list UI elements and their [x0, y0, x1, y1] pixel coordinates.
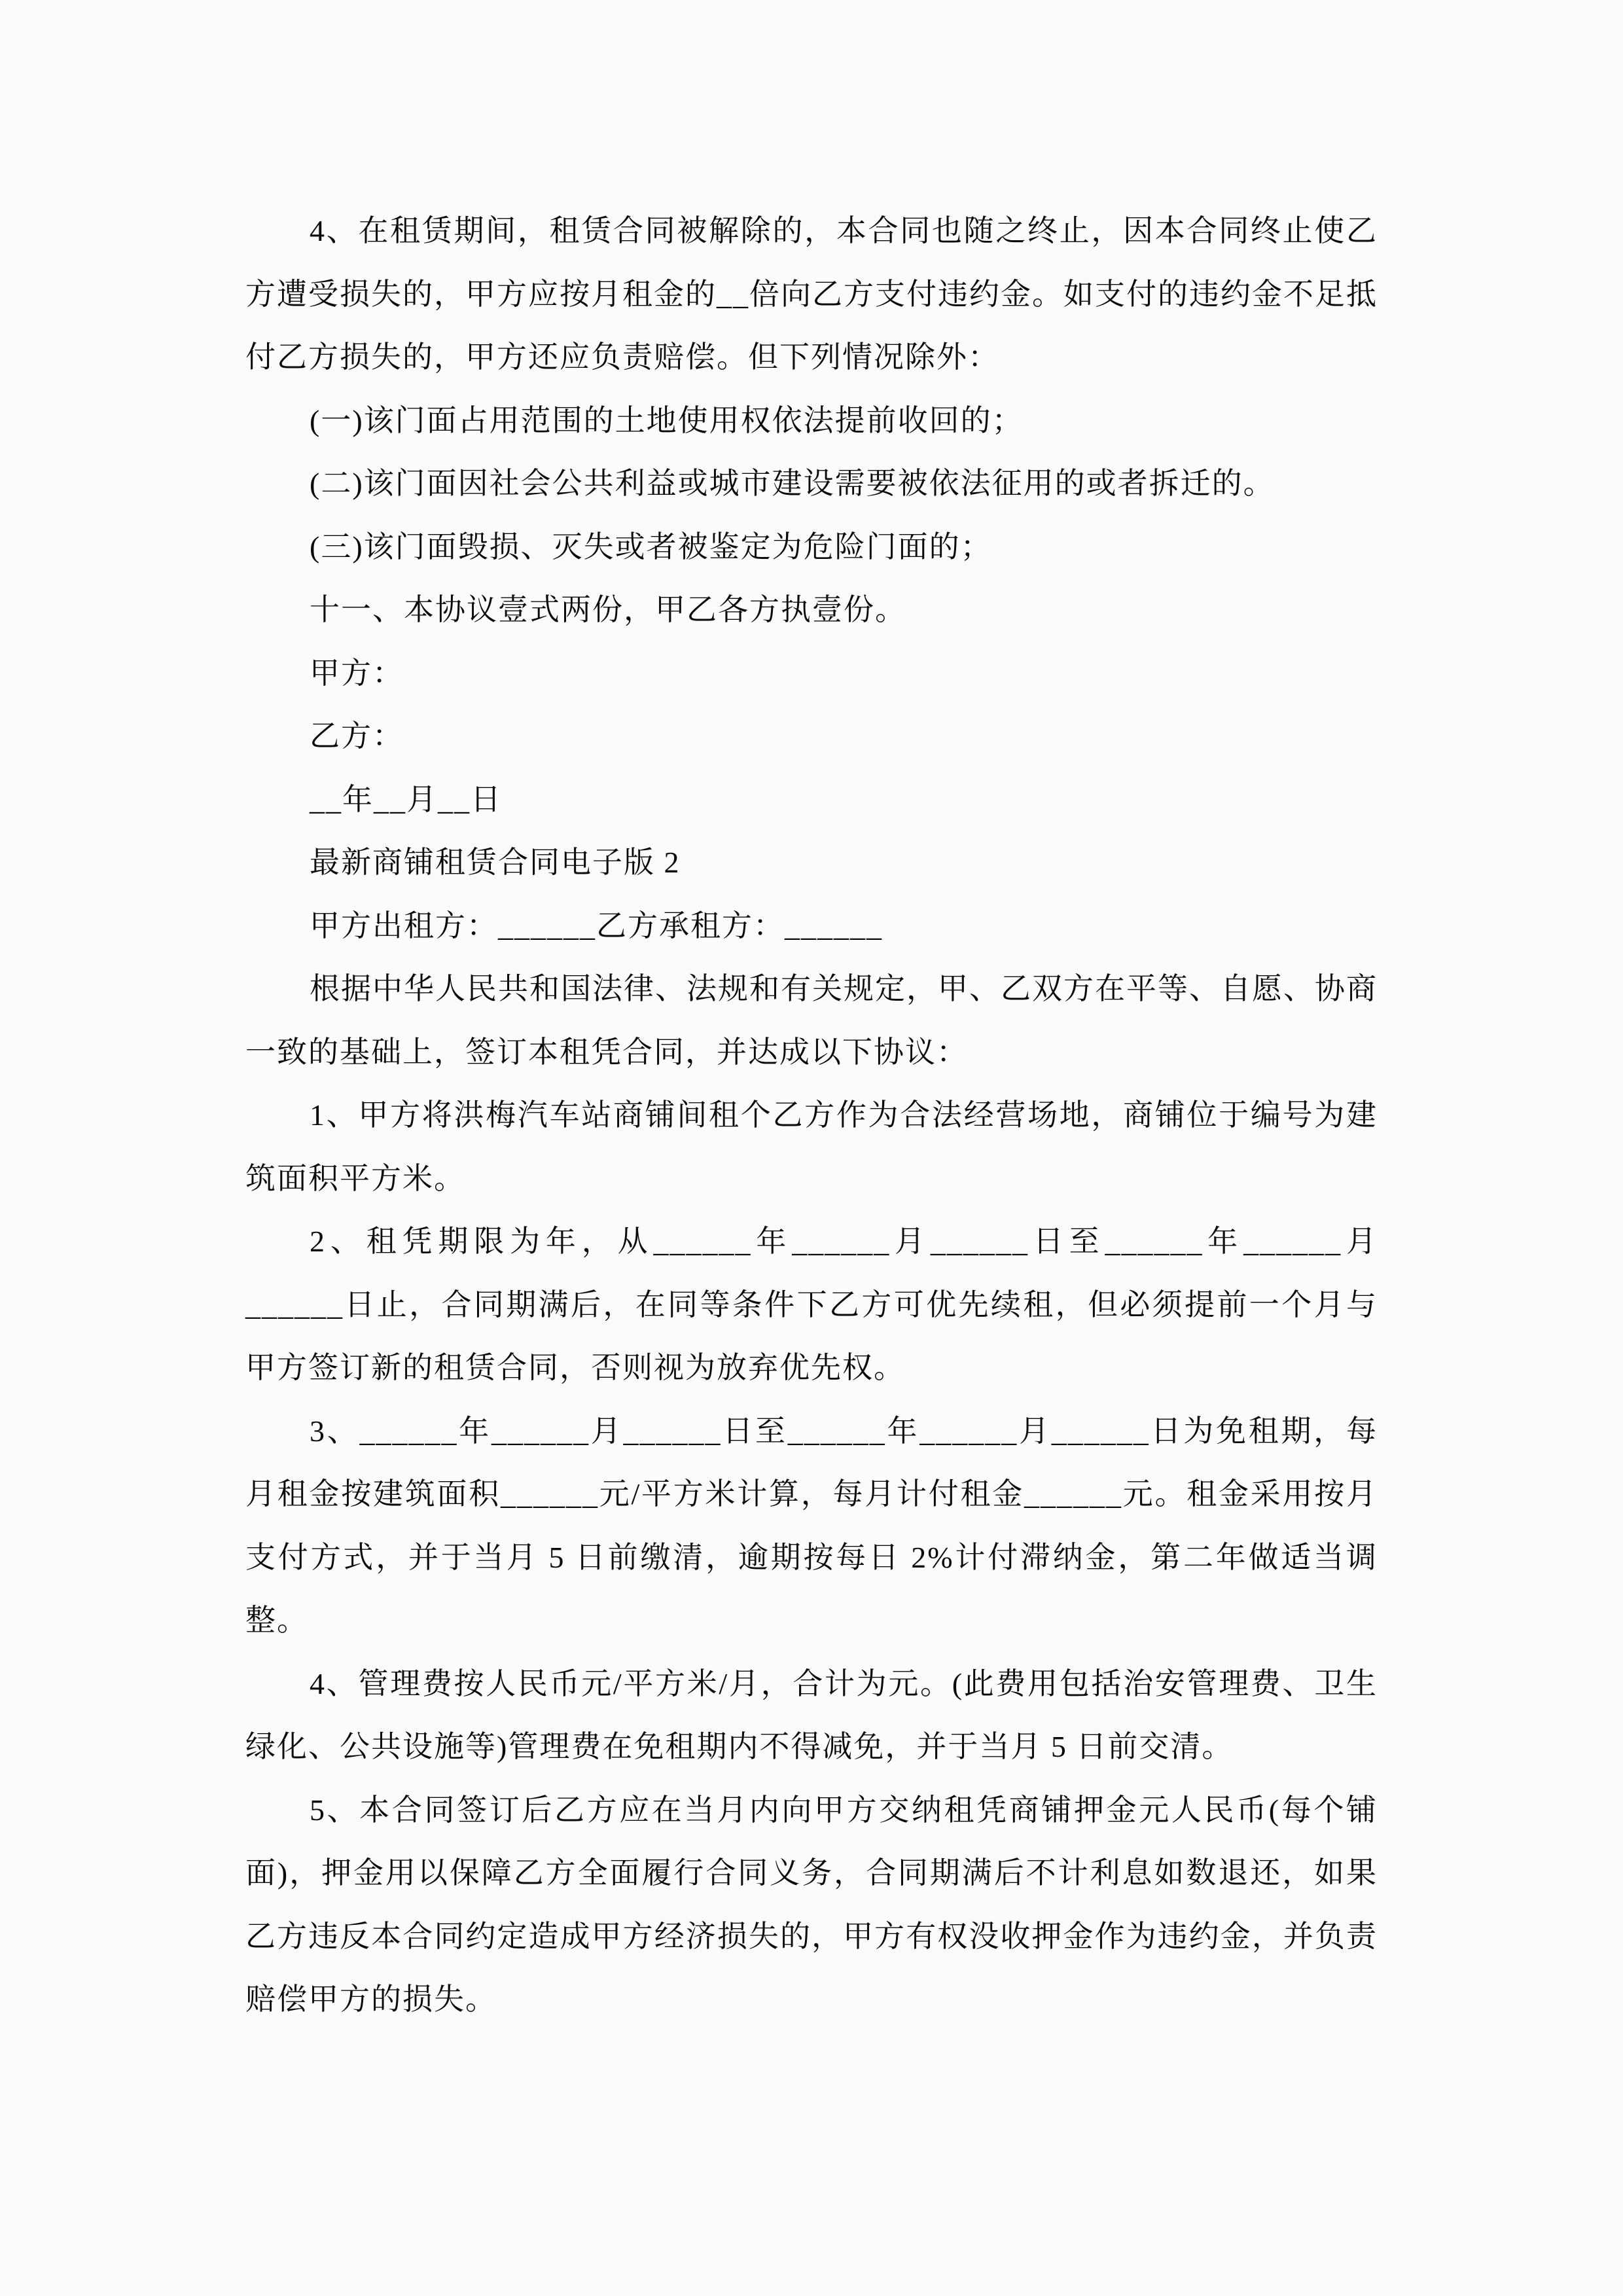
- paragraph-party-b-signature: 乙方：: [245, 705, 1378, 768]
- paragraph-lessor-lessee-blanks: 甲方出租方：______乙方承租方：______: [245, 895, 1378, 958]
- paragraph-exception-3: (三)该门面毁损、灭失或者被鉴定为危险门面的；: [245, 516, 1378, 579]
- paragraph-clause-5-deposit: 5、本合同签订后乙方应在当月内向甲方交纳租凭商铺押金元人民币(每个铺面)，押金用…: [245, 1779, 1378, 2032]
- paragraph-exception-1: (一)该门面占用范围的土地使用权依法提前收回的；: [245, 389, 1378, 453]
- paragraph-termination-clause: 4、在租赁期间，租赁合同被解除的，本合同也随之终止，因本合同终止使乙方遭受损失的…: [245, 200, 1378, 389]
- paragraph-exception-2: (二)该门面因社会公共利益或城市建设需要被依法征用的或者拆迁的。: [245, 452, 1378, 516]
- paragraph-preamble: 根据中华人民共和国法律、法规和有关规定，甲、乙双方在平等、自愿、协商一致的基础上…: [245, 958, 1378, 1084]
- paragraph-clause-2-lease-term: 2、租凭期限为年，从______年______月______日至______年_…: [245, 1210, 1378, 1400]
- paragraph-clause-4-management-fee: 4、管理费按人民币元/平方米/月，合计为元。(此费用包括治安管理费、卫生绿化、公…: [245, 1653, 1378, 1779]
- contract-body: 4、在租赁期间，租赁合同被解除的，本合同也随之终止，因本合同终止使乙方遭受损失的…: [245, 200, 1378, 2032]
- paragraph-copies-clause: 十一、本协议壹式两份，甲乙各方执壹份。: [245, 579, 1378, 642]
- paragraph-clause-3-rent: 3、______年______月______日至______年______月__…: [245, 1400, 1378, 1653]
- contract-page: { "page": { "background_color": "#fbfbfb…: [0, 0, 1623, 2296]
- paragraph-party-a-signature: 甲方：: [245, 642, 1378, 706]
- paragraph-clause-1-premises: 1、甲方将洪梅汽车站商铺间租个乙方作为合法经营场地，商铺位于编号为建筑面积平方米…: [245, 1084, 1378, 1210]
- paragraph-date-blank: __年__月__日: [245, 768, 1378, 832]
- section-title-contract-version-2: 最新商铺租赁合同电子版 2: [245, 831, 1378, 895]
